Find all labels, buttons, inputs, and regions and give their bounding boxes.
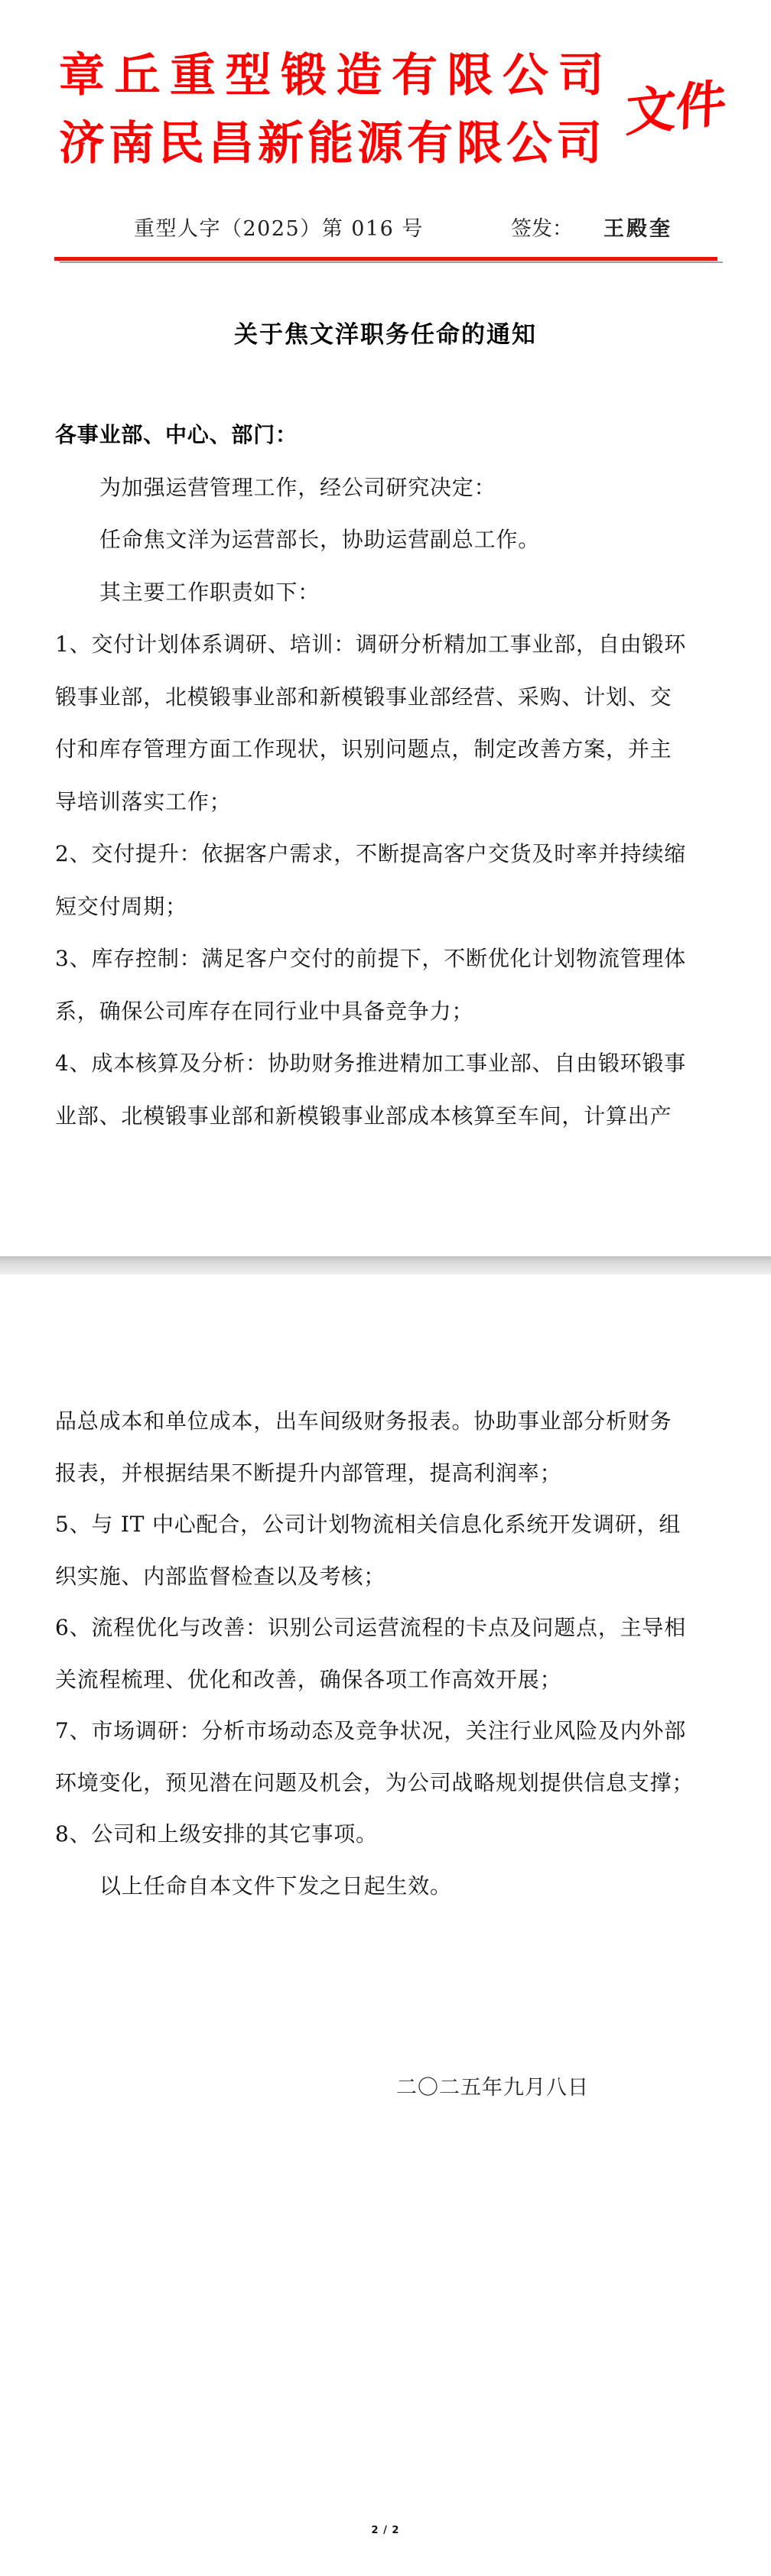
divider-rule-shadow xyxy=(60,261,723,263)
issuer-name: 王殿奎 xyxy=(603,217,672,241)
body-line-item7: 7、市场调研：分析市场动态及竞争状况，关注行业风险及内外部 xyxy=(55,1705,717,1757)
body-line-item2: 2、交付提升：依据客户需求，不断提高客户交货及时率并持续缩 xyxy=(55,828,717,881)
effective-date-line: 以上任命自本文件下发之日起生效。 xyxy=(55,1860,717,1912)
body-line: 短交付周期； xyxy=(55,881,717,934)
body-line: 关流程梳理、优化和改善，确保各项工作高效开展； xyxy=(55,1654,717,1706)
body-line: 导培训落实工作； xyxy=(55,776,717,829)
body-line: 系，确保公司库存在同行业中具备竞争力； xyxy=(55,986,717,1038)
body-line-item8: 8、公司和上级安排的其它事项。 xyxy=(55,1808,717,1860)
body-line: 环境变化，预见潜在问题及机会，为公司战略规划提供信息支撑； xyxy=(55,1757,717,1809)
document-page-2: 品总成本和单位成本，出车间级财务报表。协助事业部分析财务 报表，并根据结果不断提… xyxy=(0,1275,771,2576)
body-line: 业部、北模锻事业部和新模锻事业部成本核算至车间，计算出产 xyxy=(55,1090,717,1143)
page-separator xyxy=(0,1256,771,1275)
document-number: 重型人字（2025）第 016 号 xyxy=(134,216,424,243)
issuer-label: 签发： xyxy=(511,217,573,241)
page1-body: 各事业部、中心、部门： 为加强运营管理工作，经公司研究决定： 任命焦文洋为运营部… xyxy=(55,409,717,1142)
body-line: 任命焦文洋为运营部长，协助运营副总工作。 xyxy=(55,514,717,567)
body-line: 织实施、内部监督检查以及考核； xyxy=(55,1551,717,1603)
body-line-item4: 4、成本核算及分析：协助财务推进精加工事业部、自由锻环锻事 xyxy=(55,1038,717,1090)
letterhead-document-label: 文件 xyxy=(625,72,727,145)
letterhead-company-line2: 济南民昌新能源有限公司 xyxy=(59,119,610,169)
body-line-item6: 6、流程优化与改善：识别公司运营流程的卡点及问题点，主导相 xyxy=(55,1602,717,1654)
body-line-item5: 5、与 IT 中心配合，公司计划物流相关信息化系统开发调研，组 xyxy=(55,1499,717,1551)
body-line: 报表，并根据结果不断提升内部管理，提高利润率； xyxy=(55,1447,717,1499)
document-title: 关于焦文洋职务任命的通知 xyxy=(0,318,771,352)
page2-body: 品总成本和单位成本，出车间级财务报表。协助事业部分析财务 报表，并根据结果不断提… xyxy=(55,1395,717,1912)
body-line: 其主要工作职责如下： xyxy=(55,567,717,619)
reference-row: 重型人字（2025）第 016 号 签发：王殿奎 xyxy=(0,216,771,243)
body-line: 品总成本和单位成本，出车间级财务报表。协助事业部分析财务 xyxy=(55,1395,717,1447)
body-line: 为加强运营管理工作，经公司研究决定： xyxy=(55,462,717,515)
document-viewer: 章丘重型锻造有限公司 济南民昌新能源有限公司 文件 重型人字（2025）第 01… xyxy=(0,0,771,2576)
issuer-block: 签发：王殿奎 xyxy=(511,216,672,243)
body-line-item3: 3、库存控制：满足客户交付的前提下，不断优化计划物流管理体 xyxy=(55,933,717,986)
body-line-item1: 1、交付计划体系调研、培训：调研分析精加工事业部，自由锻环 xyxy=(55,619,717,671)
salutation-line: 各事业部、中心、部门： xyxy=(55,409,717,462)
document-page-1: 章丘重型锻造有限公司 济南民昌新能源有限公司 文件 重型人字（2025）第 01… xyxy=(0,0,771,1256)
body-line: 锻事业部，北模锻事业部和新模锻事业部经营、采购、计划、交 xyxy=(55,671,717,724)
letterhead-company-line1: 章丘重型锻造有限公司 xyxy=(59,50,610,101)
page-number-indicator: 2 / 2 xyxy=(0,2524,771,2538)
signature-date: 二〇二五年九月八日 xyxy=(396,2074,589,2102)
body-line: 付和库存管理方面工作现状，识别问题点，制定改善方案，并主 xyxy=(55,723,717,776)
red-divider-rule xyxy=(54,257,717,261)
